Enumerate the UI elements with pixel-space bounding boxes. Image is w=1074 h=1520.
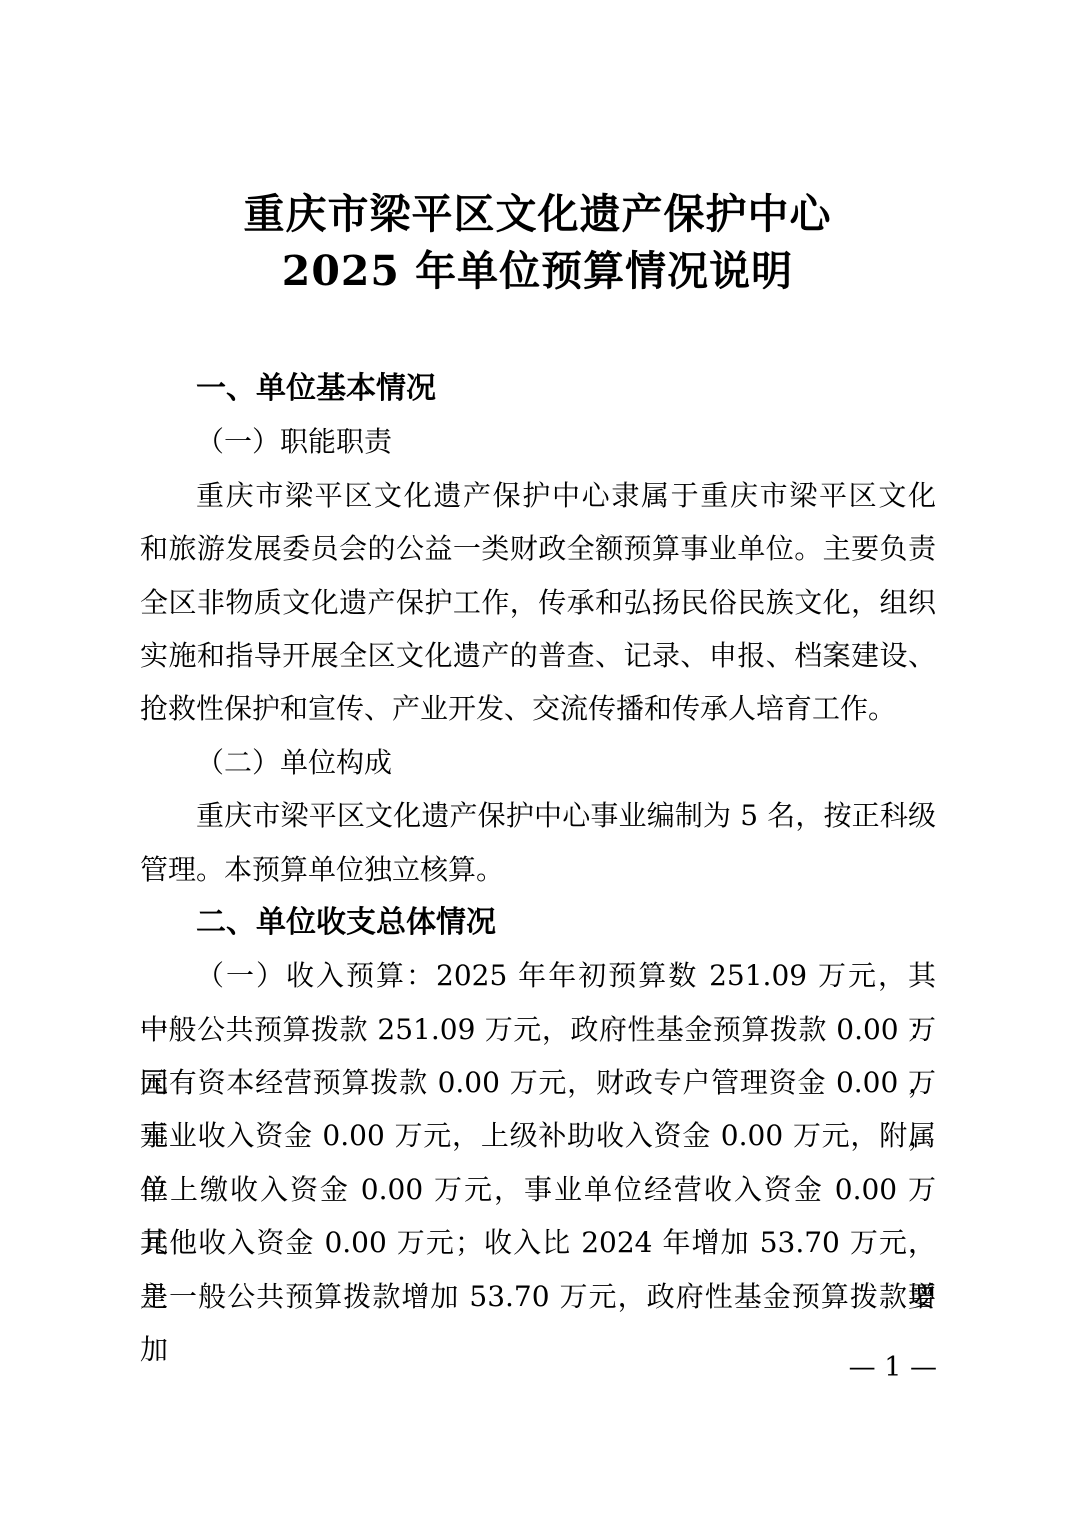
document-body: 一、单位基本情况 （一）职能职责 重庆市梁平区文化遗产保护中心隶属于重庆市梁平区… [140,362,936,1323]
document-title-line1: 重庆市梁平区文化遗产保护中心 [139,186,936,243]
paragraph-composition-line: 管理。本预算单位独立核算。 [140,843,936,896]
paragraph-duties-line: 抢救性保护和宣传、产业开发、交流传播和传承人培育工作。 [140,682,936,735]
document-title: 重庆市梁平区文化遗产保护中心 2025 年单位预算情况说明 [139,186,936,300]
document-title-line2: 2025 年单位预算情况说明 [139,243,936,300]
paragraph-income-line: 是一般公共预算拨款增加 53.70 万元，政府性基金预算拨款增加 [140,1270,936,1323]
paragraph-duties-line: 实施和指导开展全区文化遗产的普查、记录、申报、档案建设、 [140,629,936,682]
section-heading-basic-info: 一、单位基本情况 [140,362,936,415]
paragraph-duties-line: 和旅游发展委员会的公益一类财政全额预算事业单位。主要负责 [140,522,936,575]
subsection-heading-duties: （一）职能职责 [140,415,936,468]
paragraph-income-line: 一般公共预算拨款 251.09 万元，政府性基金预算拨款 0.00 万元， [140,1003,936,1056]
paragraph-income-line: 事业收入资金 0.00 万元，上级补助收入资金 0.00 万元，附属单 [140,1109,936,1162]
section-heading-budget-overview: 二、单位收支总体情况 [140,896,936,949]
document-page: 重庆市梁平区文化遗产保护中心 2025 年单位预算情况说明 一、单位基本情况 （… [0,0,1074,1520]
subsection-heading-composition: （二）单位构成 [140,736,936,789]
paragraph-duties-line: 重庆市梁平区文化遗产保护中心隶属于重庆市梁平区文化 [140,469,936,522]
paragraph-income-line: 国有资本经营预算拨款 0.00 万元，财政专户管理资金 0.00 万元， [140,1056,936,1109]
paragraph-income-line: 位上缴收入资金 0.00 万元，事业单位经营收入资金 0.00 万元， [140,1163,936,1216]
paragraph-income-line: （一）收入预算：2025 年年初预算数 251.09 万元，其中： [140,949,936,1002]
paragraph-income-line: 其他收入资金 0.00 万元；收入比 2024 年增加 53.70 万元，主要 [140,1216,936,1269]
paragraph-duties-line: 全区非物质文化遗产保护工作，传承和弘扬民俗民族文化，组织 [140,576,936,629]
paragraph-composition-line: 重庆市梁平区文化遗产保护中心事业编制为 5 名，按正科级 [140,789,936,842]
page-number: — 1 — [849,1351,937,1385]
